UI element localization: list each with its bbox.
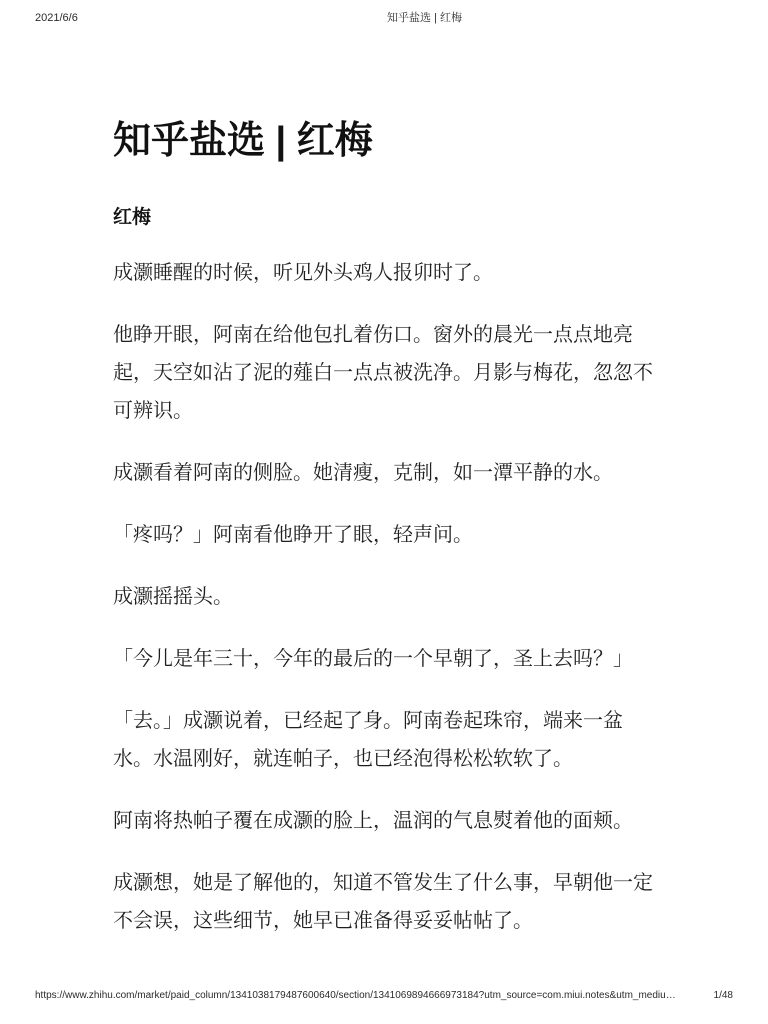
article-paragraph: 阿南将热帕子覆在成灏的脸上，温润的气息熨着他的面颊。 bbox=[113, 802, 653, 840]
article-paragraph: 成灏想，她是了解他的，知道不管发生了什么事，早朝他一定不会误，这些细节，她早已准… bbox=[113, 864, 653, 940]
article-content: 知乎盐选 | 红梅 红梅 成灏睡醒的时候，听见外头鸡人报卯时了。 他睁开眼，阿南… bbox=[113, 0, 653, 940]
article-paragraph: 成灏摇摇头。 bbox=[113, 578, 653, 616]
article-paragraph: 「今儿是年三十，今年的最后的一个早朝了，圣上去吗？」 bbox=[113, 640, 653, 678]
print-footer-page-number: 1/48 bbox=[702, 990, 733, 1002]
article-paragraph: 成灏看着阿南的侧脸。她清瘦，克制，如一潭平静的水。 bbox=[113, 454, 653, 492]
article-title: 知乎盐选 | 红梅 bbox=[113, 119, 653, 163]
article-paragraph: 「去。」成灏说着，已经起了身。阿南卷起珠帘，端来一盆水。水温刚好，就连帕子，也已… bbox=[113, 702, 653, 778]
article-paragraph: 成灏睡醒的时候，听见外头鸡人报卯时了。 bbox=[113, 254, 653, 292]
print-header-date: 2021/6/6 bbox=[35, 12, 78, 25]
article-subtitle: 红梅 bbox=[113, 206, 653, 230]
print-footer-url: https://www.zhihu.com/market/paid_column… bbox=[35, 990, 676, 1002]
article-paragraph: 他睁开眼，阿南在给他包扎着伤口。窗外的晨光一点点地亮起，天空如沾了泥的薤白一点点… bbox=[113, 316, 653, 430]
article-paragraph: 「疼吗？」阿南看他睁开了眼，轻声问。 bbox=[113, 516, 653, 554]
print-footer: https://www.zhihu.com/market/paid_column… bbox=[35, 990, 733, 1002]
print-preview-page: 2021/6/6 知乎盐选 | 红梅 知乎盐选 | 红梅 红梅 成灏睡醒的时候，… bbox=[0, 0, 768, 1024]
